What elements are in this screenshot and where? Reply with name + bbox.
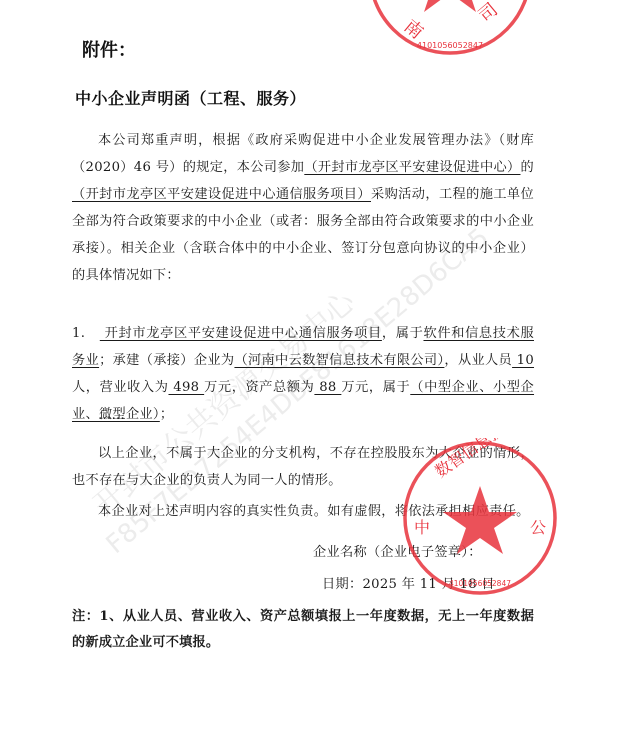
item-number: 1. (72, 326, 85, 341)
svg-text:南: 南 (400, 15, 428, 43)
item-revenue: 498 (168, 380, 204, 395)
project-name: （开封市龙亭区平安建设促进中心通信服务项目） (72, 187, 371, 202)
item-text: ；承建（承接）企业为 (99, 353, 234, 368)
attachment-label: 附件： (82, 36, 136, 62)
item-employees: 10 (512, 353, 534, 368)
purchaser-name: （开封市龙亭区平安建设促进中心） (304, 160, 520, 175)
responsibility-paragraph: 本企业对上述声明内容的真实性负责。如有虚假，将依法承担相应责任。 (72, 498, 534, 525)
item-text: 万元，属于 (341, 380, 410, 395)
item-company-name: （河南中云数智信息技术有限公司） (234, 353, 444, 368)
company-seal-top: 4101056052847 南 司 (365, 0, 535, 58)
item-text: ，属于 (382, 326, 424, 341)
independence-paragraph: 以上企业，不属于大企业的分支机构，不存在控股股东为大企业的情形，也不存在与大企业… (72, 440, 534, 494)
item-text: ，从业人员 (444, 353, 512, 368)
ellipsis: …… (72, 402, 534, 429)
footnote: 注：1、从业人员、营业收入、资产总额填报上一年度数据，无上一年度数据的新成立企业… (72, 604, 534, 656)
signature-date: 日期：2025 年 11 月 18 日 (322, 573, 495, 592)
svg-text:4101056052847: 4101056052847 (417, 41, 483, 50)
declaration-paragraph: 本公司郑重声明，根据《政府采购促进中小企业发展管理办法》（财库（2020）46 … (72, 127, 534, 289)
item-assets: 88 (314, 380, 341, 395)
item-text: 万元，资产总额为 (204, 380, 314, 395)
svg-text:司: 司 (475, 0, 502, 27)
signature-label: 企业名称（企业电子签章）： (313, 541, 482, 560)
item-text: 人，营业收入为 (72, 380, 168, 395)
item-project-name: 开封市龙亭区平安建设促进中心通信服务项目 (100, 326, 382, 341)
page-title: 中小企业声明函（工程、服务） (75, 86, 306, 109)
declaration-text: 的 (520, 160, 534, 175)
document-page: 开封市公共资源交易中心 F85F7ED7254E4DBF81618E28D6CA… (0, 0, 620, 750)
